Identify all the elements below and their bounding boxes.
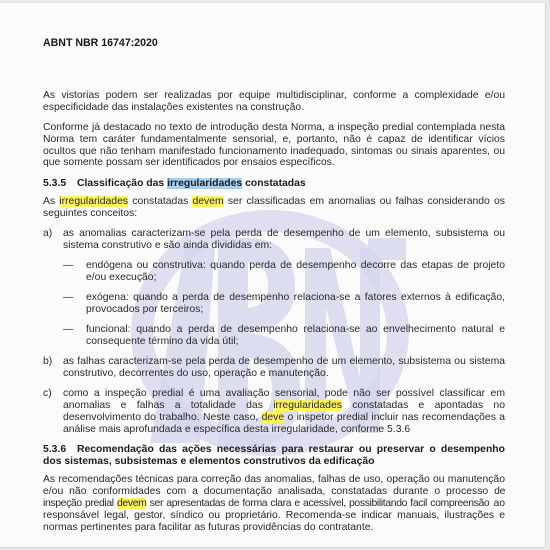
list-item-a: a) as anomalias caracterizam-se pela per… [43, 228, 505, 252]
highlight-deve[interactable]: deve [262, 412, 285, 423]
highlight-irregularidades[interactable]: irregularidades [59, 196, 128, 207]
section-number: 5.3.5 [43, 178, 77, 190]
section-5-3-6-heading: 5.3.6Recomendação das ações necessárias … [43, 444, 505, 468]
highlight-irregularidades[interactable]: irregularidades [273, 400, 342, 411]
section-5-3-5-heading: 5.3.5Classificação das irregularidades c… [43, 178, 505, 190]
subitem-funcional: — funcional: quando a perda de desempenh… [43, 324, 505, 348]
list-marker: b) [43, 356, 52, 368]
list-marker: c) [43, 388, 52, 400]
section-5-3-5-intro: As irregularidades constatadas devem ser… [43, 196, 505, 220]
document-header-title: ABNT NBR 16747:2020 [43, 38, 158, 50]
document-page: ABNT NBR 16747:2020 As vistorias podem s… [0, 3, 546, 548]
paragraph-conforme: Conforme já destacado no texto de introd… [43, 122, 505, 169]
subitem-endogena: — endógena ou construtiva: quando perda … [43, 260, 505, 284]
paragraph-vistorias: As vistorias podem ser realizadas por eq… [43, 90, 505, 114]
highlight-devem[interactable]: devem [192, 196, 223, 207]
highlight-devem[interactable]: devem [117, 498, 146, 509]
list-item-b: b) as falhas caracterizam-se pela perda … [43, 356, 505, 380]
highlight-irregularidades-selected[interactable]: irregularidades [167, 178, 242, 189]
dash-marker: — [63, 292, 73, 304]
list-item-c: c) como a inspeção predial é uma avaliaç… [43, 388, 505, 435]
dash-marker: — [63, 260, 73, 272]
list-marker: a) [43, 228, 52, 240]
subitem-exogena: — exógena: quando a perda de desempenho … [43, 292, 505, 316]
dash-marker: — [63, 324, 73, 336]
section-5-3-6-paragraph: As recomendações técnicas para correção … [43, 474, 505, 533]
section-number: 5.3.6 [43, 444, 77, 456]
